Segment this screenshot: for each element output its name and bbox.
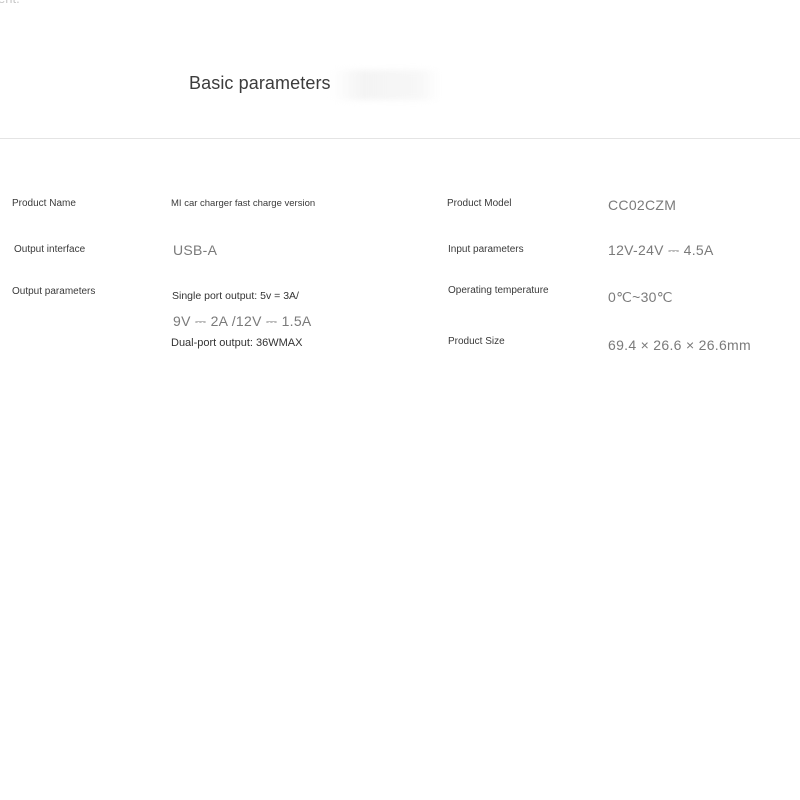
cropped-text-fragment: ent. <box>0 0 20 6</box>
input-parameters-label: Input parameters <box>448 244 524 255</box>
product-model-label: Product Model <box>447 198 511 209</box>
operating-temperature-label: Operating temperature <box>448 285 549 296</box>
output-interface-value: USB-A <box>173 242 217 258</box>
operating-temperature-value: 0℃~30℃ <box>608 289 673 306</box>
divider <box>0 138 800 139</box>
output-parameters-line3: Dual-port output: 36WMAX <box>171 337 302 349</box>
product-name-value: MI car charger fast charge version <box>171 198 315 209</box>
output-interface-label: Output interface <box>14 244 85 255</box>
title-blur-artifact <box>330 70 440 100</box>
output-parameters-line2: 9V ⎓ 2A /12V ⎓ 1.5A <box>173 313 312 330</box>
input-parameters-value: 12V-24V ⎓ 4.5A <box>608 242 714 259</box>
product-size-label: Product Size <box>448 336 505 347</box>
output-parameters-label: Output parameters <box>12 286 95 297</box>
product-model-value: CC02CZM <box>608 197 676 213</box>
section-title: Basic parameters <box>189 73 331 94</box>
product-size-value: 69.4 × 26.6 × 26.6mm <box>608 337 751 353</box>
output-parameters-line1: Single port output: 5v = 3A/ <box>172 290 299 302</box>
product-name-label: Product Name <box>12 198 76 209</box>
